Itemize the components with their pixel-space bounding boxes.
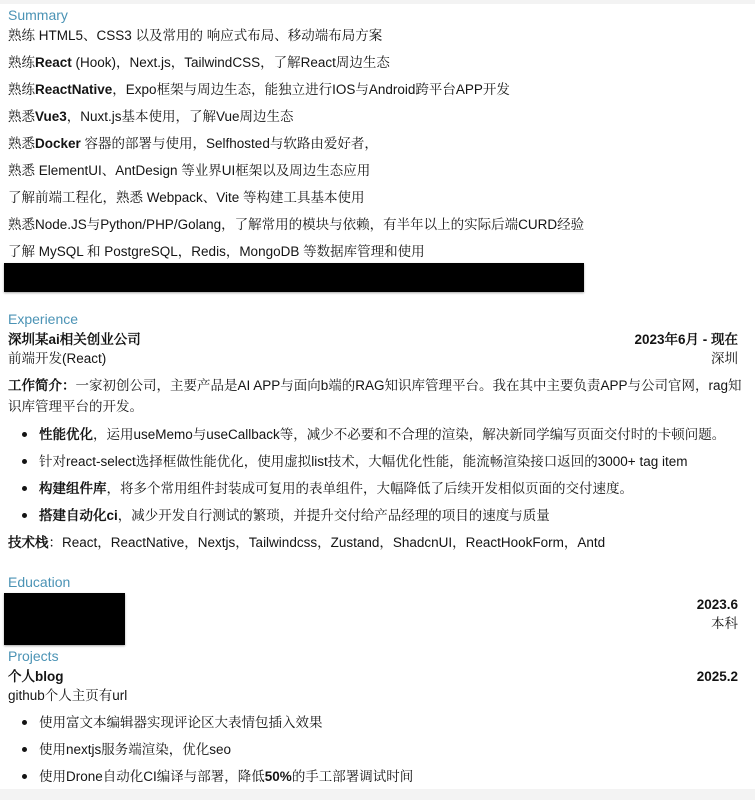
summary-section-title: Summary [8, 7, 68, 23]
tech-stack: 技术栈：React，ReactNative，Nextjs，Tailwindcss… [8, 534, 605, 552]
experience-section-title: Experience [8, 311, 78, 327]
bullet-dot-icon [22, 459, 27, 464]
bottom-strip [0, 789, 755, 800]
summary-line-1: 熟练 HTML5、CSS3 以及常用的 响应式布局、移动端布局方案 [8, 27, 382, 45]
experience-intro-line-1: 工作简介：一家初创公司，主要产品是AI APP与面向b端的RAG知识库管理平台。… [8, 377, 742, 395]
project-bullet-3: 使用Drone自动化CI编译与部署，降低50%的手工部署调试时间 [22, 768, 413, 786]
bullet-dot-icon [22, 774, 27, 779]
bullet-dot-icon [22, 720, 27, 725]
summary-line-9: 了解 MySQL 和 PostgreSQL，Redis，MongoDB 等数据库… [8, 243, 425, 261]
education-section-title: Education [8, 574, 70, 590]
project-bullet-1: 使用富文本编辑器实现评论区大表情包插入效果 [22, 714, 323, 732]
resume-page: Summary 熟练 HTML5、CSS3 以及常用的 响应式布局、移动端布局方… [0, 0, 755, 800]
job-role: 前端开发(React) [8, 350, 106, 368]
summary-line-6: 熟悉 ElementUI、AntDesign 等业界UI框架以及周边生态应用 [8, 162, 370, 180]
summary-line-5: 熟悉Docker 容器的部署与使用，Selfhosted与软路由爱好者， [8, 135, 378, 153]
bullet-dot-icon [22, 747, 27, 752]
experience-intro-line-2: 识库管理平台的开发。 [8, 398, 143, 416]
summary-line-3: 熟练ReactNative，Expo框架与周边生态，能独立进行IOS与Andro… [8, 81, 510, 99]
project-subtitle: github个人主页有url [8, 687, 127, 705]
project-bullet-2: 使用nextjs服务端渲染，优化seo [22, 741, 231, 759]
experience-bullet-1: 性能优化，运用useMemo与useCallback等，减少不必要和不合理的渲染… [22, 426, 725, 444]
summary-line-8: 熟悉Node.JS与Python/PHP/Golang，了解常用的模块与依赖，有… [8, 216, 584, 234]
bullet-dot-icon [22, 513, 27, 518]
projects-section-title: Projects [8, 648, 59, 664]
bullet-dot-icon [22, 432, 27, 437]
summary-line-4: 熟悉Vue3，Nuxt.js基本使用，了解Vue周边生态 [8, 108, 294, 126]
project-date: 2025.2 [697, 668, 738, 686]
experience-bullet-3: 构建组件库，将多个常用组件封装成可复用的表单组件，大幅降低了后续开发相似页面的交… [22, 480, 633, 498]
project-name: 个人blog [8, 668, 64, 686]
experience-bullet-2: 针对react-select选择框做性能优化，使用虚拟list技术，大幅优化性能… [22, 453, 687, 471]
education-degree: 本科 [711, 615, 738, 633]
job-location: 深圳 [711, 350, 738, 368]
employment-period: 2023年6月 - 现在 [634, 331, 738, 349]
redaction-bar-summary [4, 263, 584, 292]
experience-bullet-4: 搭建自动化ci，减少开发自行测试的繁琐，并提升交付给产品经理的项目的速度与质量 [22, 507, 550, 525]
summary-line-7: 了解前端工程化，熟悉 Webpack、Vite 等构建工具基本使用 [8, 189, 365, 207]
summary-line-2: 熟练React (Hook)，Next.js，TailwindCSS，了解Rea… [8, 54, 390, 72]
company-name: 深圳某ai相关创业公司 [8, 331, 141, 349]
bullet-dot-icon [22, 486, 27, 491]
redaction-box-education [4, 593, 125, 645]
education-date: 2023.6 [697, 596, 738, 614]
